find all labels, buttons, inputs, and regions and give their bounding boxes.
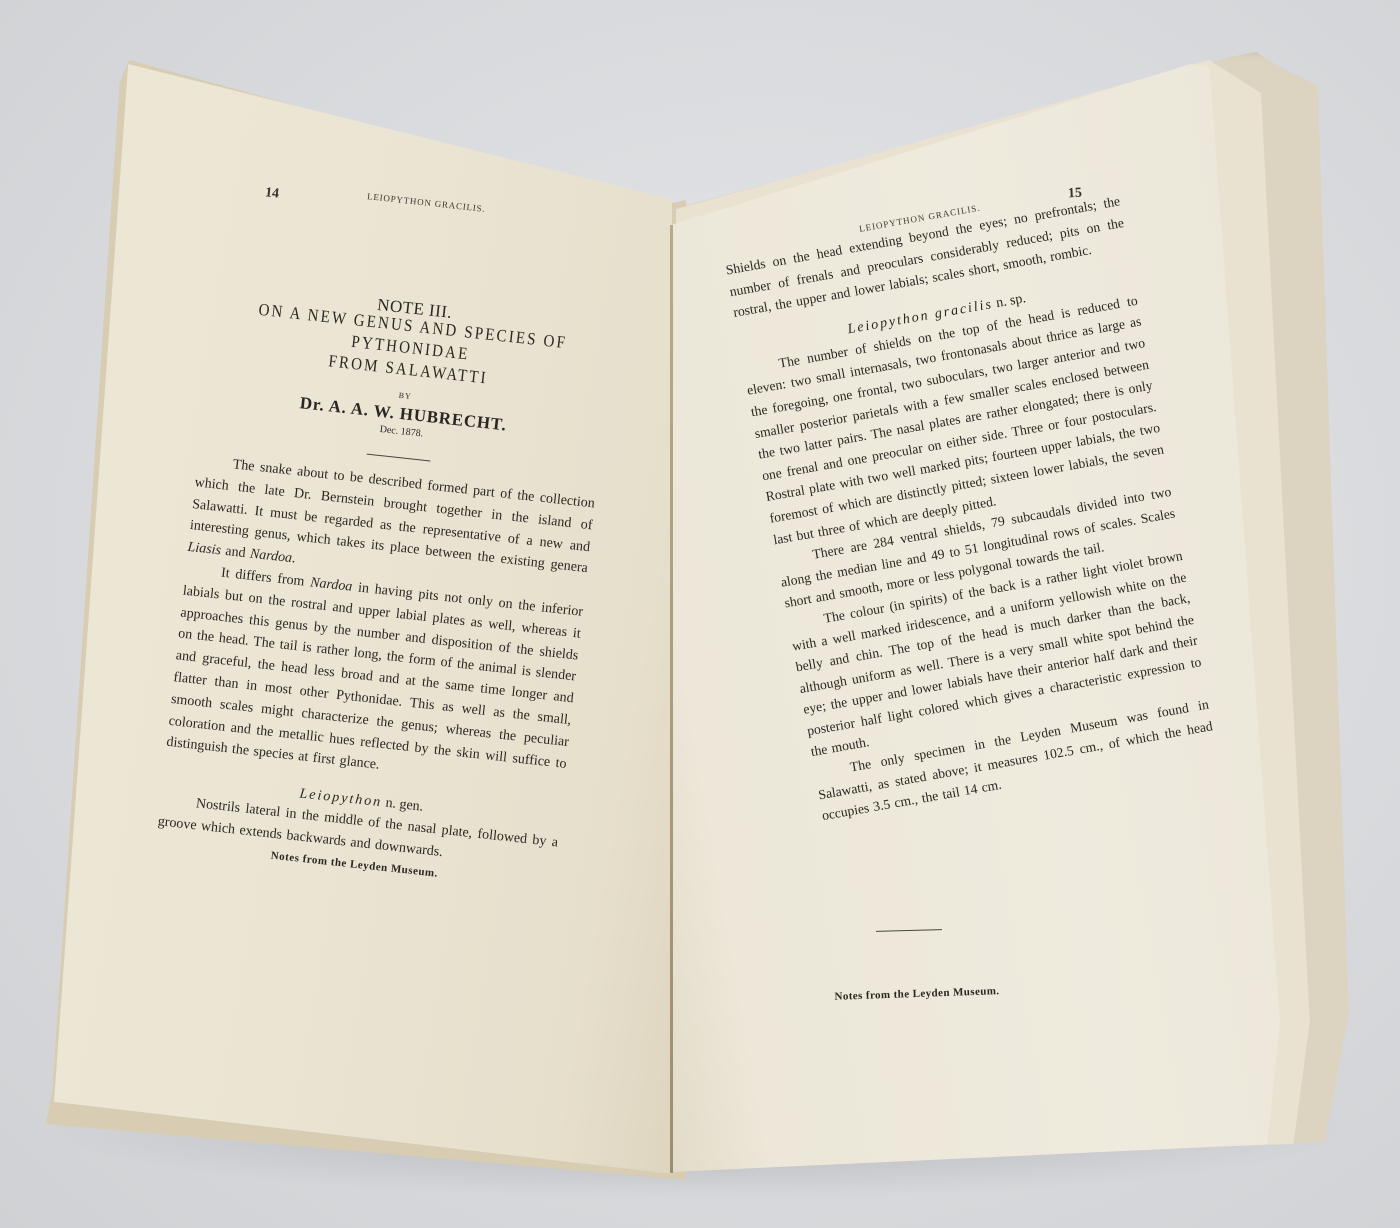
genus-heading-suffix: n. gen. [381, 796, 424, 815]
text-run: . [291, 551, 296, 566]
left-page-text: LEIOPYTHON GRACILIS. NOTE III. ON A NEW … [155, 176, 626, 892]
text-run: and [220, 544, 251, 562]
genus-name-italic: Nardoa [249, 547, 293, 566]
text-run: in having pits not only on the inferior … [166, 580, 584, 773]
book-spine-gutter [670, 225, 673, 1173]
genus-name-italic: Nardoa [309, 575, 353, 594]
species-heading-suffix: n. sp. [991, 291, 1027, 312]
title-divider [367, 454, 431, 462]
body-paragraph: It differs from Nardoa in having pits no… [165, 559, 584, 797]
genus-name-italic: Liasis [187, 540, 222, 559]
